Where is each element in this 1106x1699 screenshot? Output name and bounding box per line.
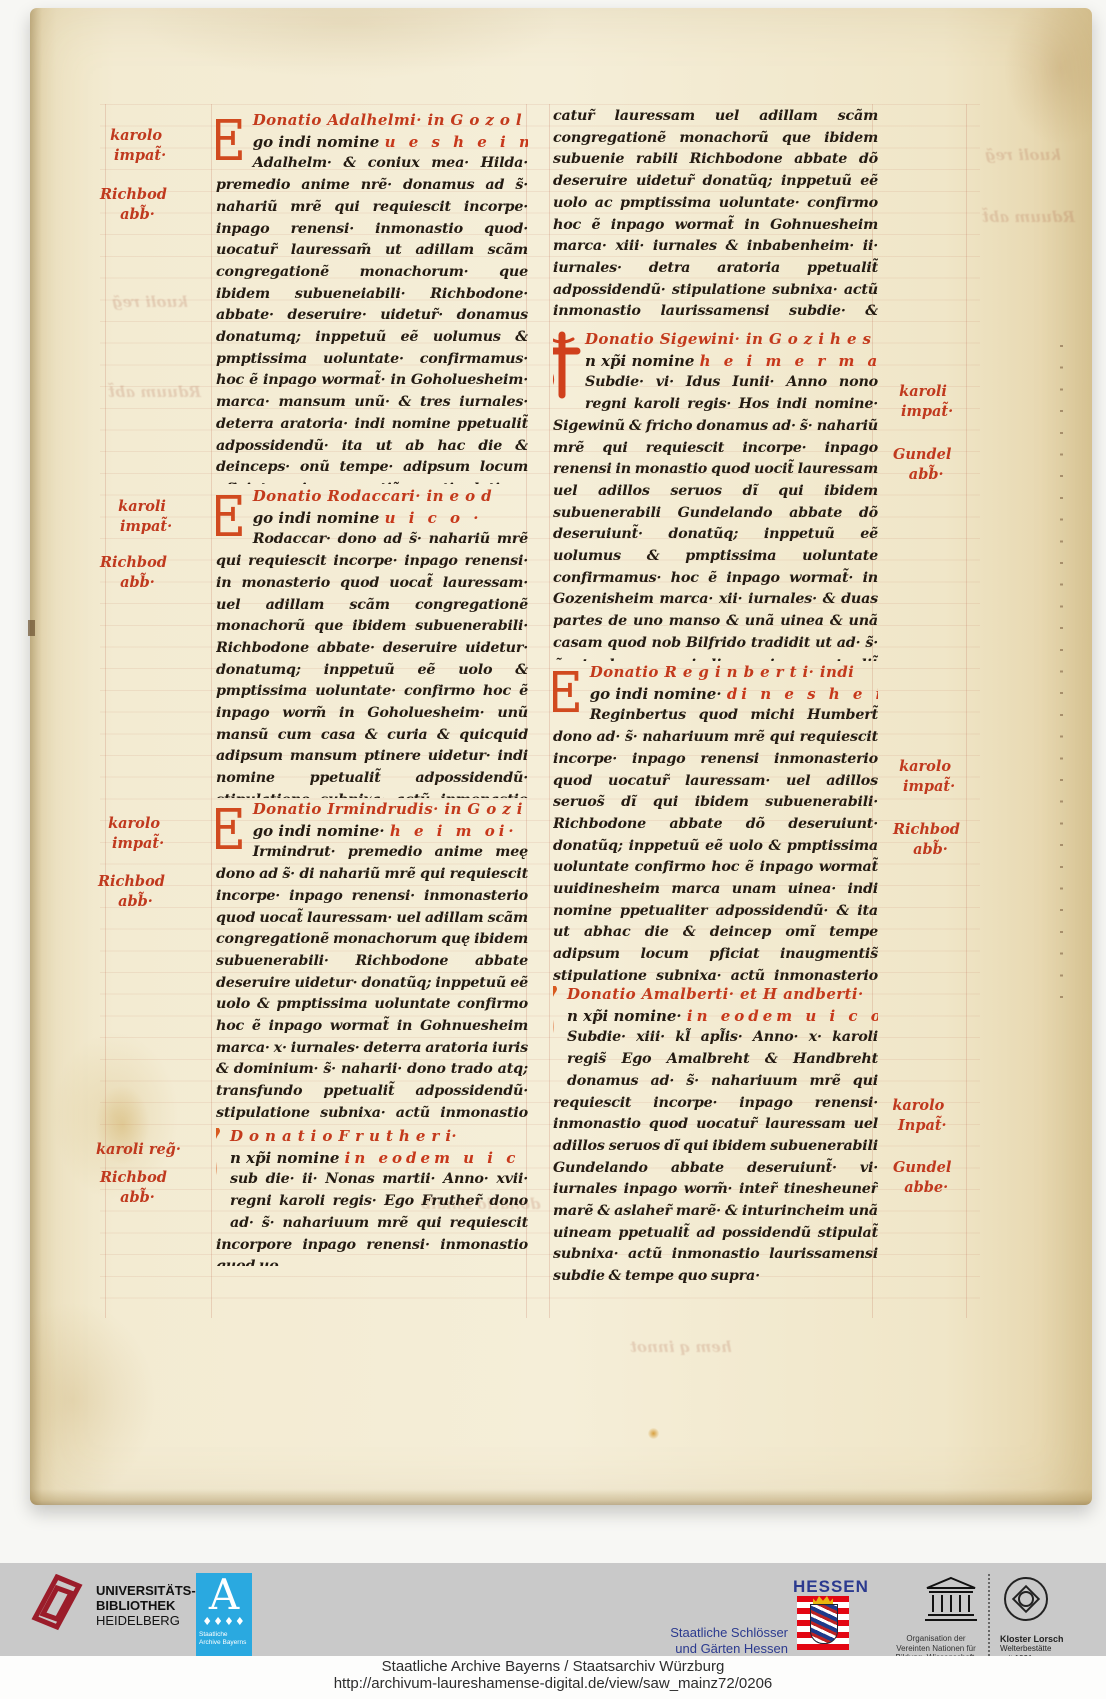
charter-fruther: D o n a t i o F r u t h e r i· n xp̃i no… <box>216 1126 528 1266</box>
charter-opening: go indi nomine u e s h e i m · <box>216 132 528 154</box>
charter-body: Reginbertus quod michi Humbert̃ dono ad·… <box>553 705 878 982</box>
ruling-vertical <box>211 104 212 1318</box>
parchment-edge-notch <box>28 620 35 636</box>
charter-rodaccar: E Donatio Rodaccari· in e o d go indi no… <box>216 486 528 798</box>
bleedthrough-text: Rduum abt̃ <box>982 208 1075 227</box>
image-caption: Staatliche Archive Bayerns / Staatsarchi… <box>0 1656 1106 1699</box>
charter-sigewin: Donatio Sigewini· in G o z i h e s n xp̃… <box>553 329 878 661</box>
charter-rubric: D o n a t i o F r u t h e r i· <box>216 1126 528 1148</box>
ruling-vertical <box>549 104 550 1318</box>
charter-rubric: Donatio Sigewini· in G o z i h e s <box>553 329 878 351</box>
charter-opening: go indi nomine· di n e s h e i gi· <box>553 684 878 706</box>
charter-amalbert-handbert: Donatio Amalberti· et H andberti· n xp̃i… <box>553 984 878 1314</box>
illuminated-initial: E <box>216 805 245 855</box>
bleedthrough-text: kuoli reg̃ <box>112 293 188 312</box>
bayern-a-icon: A <box>196 1573 252 1617</box>
margin-note: karoloimpat̃· <box>106 126 166 166</box>
lion-shield-icon <box>810 1604 838 1644</box>
pricking-holes <box>1060 345 1063 1015</box>
charter-body: Rodaccar· dono ad s̃· nahariũ mrẽ qui re… <box>216 529 528 798</box>
charter-reginbert: E Donatio R e g i n b e r t i· indi go i… <box>553 662 878 982</box>
illuminated-initial-flourish <box>553 986 561 1088</box>
charter-body: catur̃ lauressam uel adillam scãm congre… <box>553 106 878 326</box>
unesco-logo-icon <box>922 1576 980 1628</box>
charter-body: sub die· ii· Nonas martii· Anno· xvii· r… <box>216 1169 528 1266</box>
hessen-title: HESSEN <box>793 1577 869 1597</box>
margin-note: Richbodabb̃· <box>100 553 167 593</box>
margin-note: karoloimpat̃· <box>104 814 164 854</box>
charter-rubric: Donatio Amalberti· et H andberti· <box>553 984 878 1006</box>
margin-note: Gundelabb̃· <box>893 445 951 485</box>
charter-irmindrud: E Donatio Irmindrudis· in G o z i H go i… <box>216 799 528 1124</box>
charter-rubric: Donatio Rodaccari· in e o d <box>216 486 528 508</box>
charter-body: Adalhelm· & coniux mea· Hilda· premedio … <box>216 153 528 484</box>
illuminated-initial-cross <box>553 331 581 399</box>
illuminated-initial: E <box>553 668 582 718</box>
digitized-manuscript-page: kuoli reg̃ Rduum abt̃ kuoli reg̃ Rduum a… <box>0 0 1106 1699</box>
charter-rubric: Donatio R e g i n b e r t i· indi <box>553 662 878 684</box>
bayern-diamonds-icon: ♦♦♦♦ <box>196 1617 252 1627</box>
charter-opening: n xp̃i nomine in eodem u i c o ·''' <box>216 1148 528 1170</box>
ub-heidelberg-label: UNIVERSITÄTS- BIBLIOTHEK HEIDELBERG <box>96 1583 196 1628</box>
bleedthrough-text: Rduum abt̃ <box>108 383 201 402</box>
crown-icon <box>813 1596 833 1604</box>
margin-note: karoliimpat̃· <box>112 497 172 537</box>
ink-stain <box>648 1428 659 1439</box>
ub-heidelberg-logo-icon <box>26 1572 88 1636</box>
world-heritage-emblem-icon <box>1002 1575 1050 1627</box>
margin-note: Gundelabbe· <box>893 1158 951 1198</box>
hessen-coat-of-arms-icon <box>797 1596 849 1650</box>
bayern-label: StaatlicheArchive Bayerns <box>196 1627 252 1646</box>
margin-note: Richbodabb̃· <box>893 820 960 860</box>
charter-continuation: catur̃ lauressam uel adillam scãm congre… <box>553 106 878 326</box>
charter-body: Subdie· xiii· kl̃ apl̃is· Anno· x· karol… <box>553 1027 878 1287</box>
margin-note: karoloimpat̃· <box>895 757 955 797</box>
charter-rubric: Donatio Adalhelmi· in G o z o l <box>216 110 528 132</box>
charter-rubric: Donatio Irmindrudis· in G o z i H <box>216 799 528 821</box>
margin-note: Richbodabb̃· <box>100 1168 167 1208</box>
illuminated-initial: E <box>216 116 245 166</box>
charter-opening: n xp̃i nomine h e i m e r m a r c a· <box>553 351 878 373</box>
margin-note: karoliimpat̃· <box>893 382 953 422</box>
illuminated-initial-flourish <box>216 1128 224 1230</box>
margin-note: karoloInpat̃· <box>890 1096 947 1136</box>
ruling-vertical <box>966 104 967 1318</box>
margin-note: Richbodabb̃· <box>98 872 165 912</box>
charter-opening: go indi nomine· h e i m oi· <box>216 821 528 843</box>
hessen-label: Staatliche Schlösser und Gärten Hessen <box>640 1625 788 1657</box>
charter-adalhelm: E Donatio Adalhelmi· in G o z o l go ind… <box>216 110 528 484</box>
caption-source: Staatliche Archive Bayerns / Staatsarchi… <box>0 1656 1106 1675</box>
margin-note: karoli reg̃· <box>96 1140 181 1160</box>
margin-note: Richbodabb̃· <box>100 185 167 225</box>
caption-url: http://archivum-laureshamense-digital.de… <box>0 1675 1106 1692</box>
bleedthrough-text: hem q innot <box>630 1338 732 1357</box>
bleedthrough-text: kuoli reg̃ <box>985 146 1061 165</box>
charter-opening: n xp̃i nomine· in eodem u i c o · <box>553 1006 878 1028</box>
staatliche-archive-bayerns-logo: A ♦♦♦♦ StaatlicheArchive Bayerns <box>196 1573 252 1657</box>
charter-body: Irmindrut· premedio anime meę dono ad s̃… <box>216 842 528 1124</box>
charter-body: Subdie· vi· Idus Iunii· Anno nono regni … <box>553 372 878 661</box>
illuminated-initial: E <box>216 492 245 542</box>
charter-opening: go indi nomine u i c o · <box>216 508 528 530</box>
